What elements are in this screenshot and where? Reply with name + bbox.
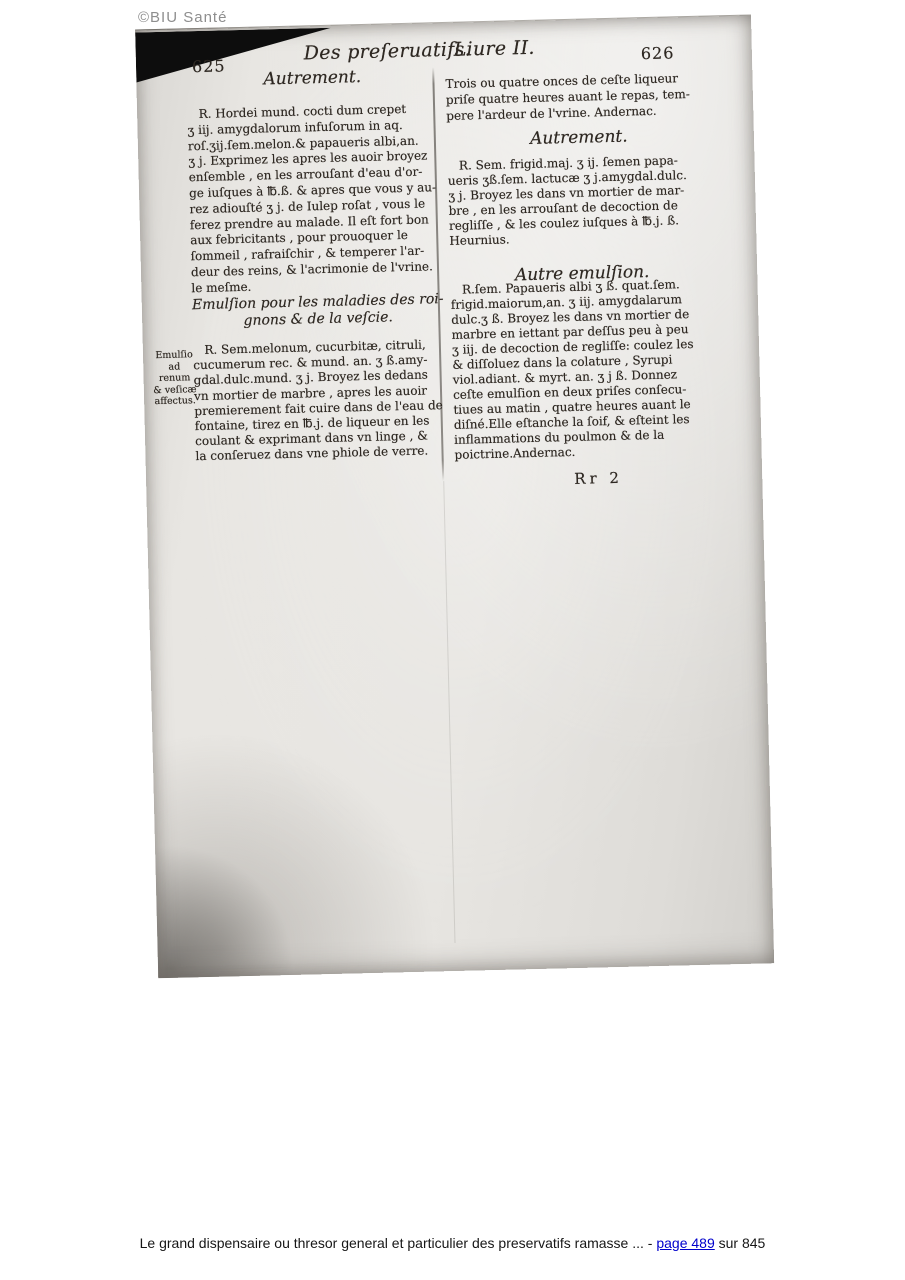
biu-sante-watermark: ©BIU Santé <box>138 9 227 26</box>
signature-mark: Rr 2 <box>574 469 623 488</box>
recipe-paragraph-2: R. Sem.melonum, cucurbitæ, citruli, cucu… <box>193 337 444 465</box>
section-heading-autrement-right: Autrement. <box>447 124 711 150</box>
scanned-page: 625 Des preſeruatifs. Liure II. 626 Emul… <box>135 14 774 978</box>
running-title: Des preſeruatifs. <box>303 38 471 64</box>
document-viewer: ©BIU Santé 625 Des preſeruatifs. Liure I… <box>0 0 905 1280</box>
section-heading-emulsion: Emulſion pour les maladies des roi- gnon… <box>192 291 445 331</box>
page-link[interactable]: page 489 <box>656 1235 714 1251</box>
section-heading-autrement-left: Autrement. <box>186 65 438 91</box>
right-column: Trois ou quatre onces de ceſte liqueur p… <box>445 57 719 493</box>
left-column: Autrement. R. Hordei mund. cocti dum cre… <box>186 63 448 499</box>
paragraph-continuation: Trois ou quatre onces de ceſte liqueur p… <box>445 71 690 124</box>
caption-text-suffix: sur 845 <box>715 1235 766 1251</box>
caption-text-prefix: Le grand dispensaire ou thresor general … <box>140 1235 657 1251</box>
recipe-paragraph-1: R. Hordei mund. cocti dum crepet ʒ iij. … <box>187 101 439 297</box>
recipe-paragraph-4: R.ſem. Papaueris albi ʒ ß. quat.ſem. fri… <box>450 277 696 463</box>
footer-caption: Le grand dispensaire ou thresor general … <box>0 1235 905 1251</box>
recipe-paragraph-3: R. Sem. frigid.maj. ʒ ij. ſemen papa- ue… <box>447 153 688 249</box>
page-crease <box>443 481 455 943</box>
margin-note: Emulſio ad renum & veſicæ affectus. <box>151 349 198 408</box>
running-book-title: Liure II. <box>453 37 535 61</box>
